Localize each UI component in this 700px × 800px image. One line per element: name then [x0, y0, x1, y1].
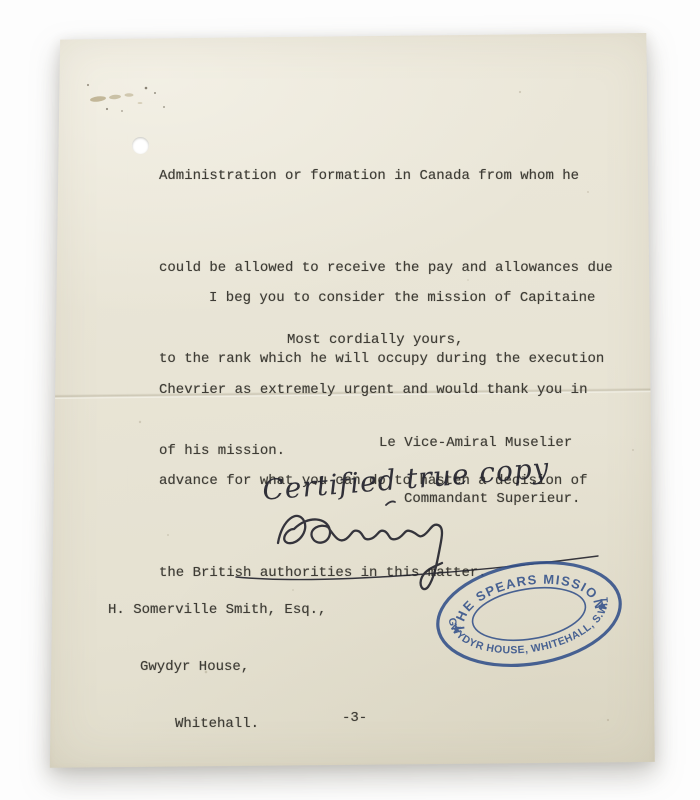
punch-hole	[132, 137, 149, 154]
stamp-left-star-icon: ★	[451, 623, 463, 636]
document-photo: Administration or formation in Canada fr…	[0, 0, 700, 800]
recipient-address: H. Somerville Smith, Esq., Gwydyr House,…	[108, 563, 326, 770]
recipient-line: H. Somerville Smith, Esq.,	[108, 601, 326, 620]
signature-accent	[386, 501, 395, 505]
typed-line: Administration or formation in Canada fr…	[159, 161, 613, 192]
spears-mission-stamp: THE SPEARS MISSION GWYDYR HOUSE, WHITEHA…	[425, 548, 645, 683]
signatory-name: Le Vice-Amiral Muselier	[379, 434, 580, 453]
closing-line: Most cordially yours,	[287, 332, 463, 348]
typed-line: I beg you to consider the mission of Cap…	[159, 283, 595, 314]
letter-page-wrapper: Administration or formation in Canada fr…	[48, 30, 656, 770]
recipient-line: Whitehall.	[108, 715, 326, 734]
page-number: -3-	[342, 710, 367, 726]
stamp-right-star-icon: ★	[597, 600, 609, 613]
recipient-line: Gwydyr House,	[108, 658, 326, 677]
stamp-top-text: THE SPEARS MISSION	[445, 561, 607, 633]
stamp-top-text-path: THE SPEARS MISSION	[445, 561, 607, 633]
letter-page: Administration or formation in Canada fr…	[48, 30, 656, 770]
